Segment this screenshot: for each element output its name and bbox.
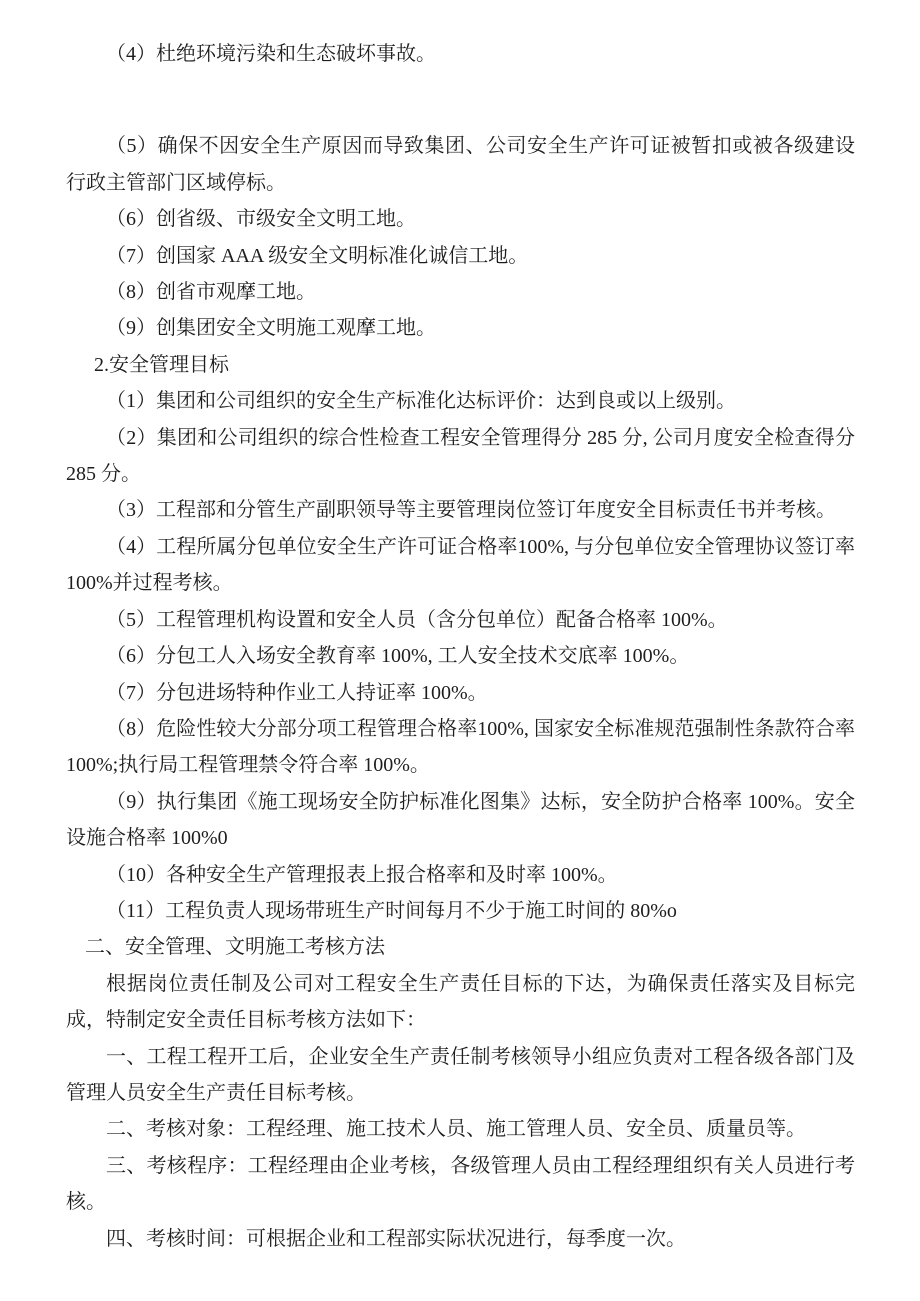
- paragraph: （3）工程部和分管生产副职领导等主要管理岗位签订年度安全目标责任书并考核。: [66, 492, 855, 528]
- paragraph: （1）集团和公司组织的安全生产标准化达标评价：达到良或以上级别。: [66, 383, 855, 419]
- paragraph: 二、安全管理、文明施工考核方法: [66, 929, 855, 965]
- paragraph: （6）分包工人入场安全教育率 100%, 工人安全技术交底率 100%。: [66, 638, 855, 674]
- paragraph: （8）创省市观摩工地。: [66, 274, 855, 310]
- paragraph: 四、考核时间：可根据企业和工程部实际状况进行，每季度一次。: [66, 1221, 855, 1257]
- paragraph: （4）杜绝环境污染和生态破坏事故。: [66, 36, 855, 72]
- paragraph: （6）创省级、市级安全文明工地。: [66, 201, 855, 237]
- document-text-body: （4）杜绝环境污染和生态破坏事故。（5）确保不因安全生产原因而导致集团、公司安全…: [66, 36, 855, 1257]
- paragraph: 2.安全管理目标: [66, 347, 855, 383]
- paragraph: （9）执行集团《施工现场安全防护标准化图集》达标，安全防护合格率 100%。安全…: [66, 784, 855, 857]
- paragraph: 二、考核对象：工程经理、施工技术人员、施工管理人员、安全员、质量员等。: [66, 1111, 855, 1147]
- document-page: （4）杜绝环境污染和生态破坏事故。（5）确保不因安全生产原因而导致集团、公司安全…: [0, 0, 920, 1301]
- paragraph: 根据岗位责任制及公司对工程安全生产责任目标的下达，为确保责任落实及目标完成，特制…: [66, 966, 855, 1039]
- paragraph: （2）集团和公司组织的综合性检查工程安全管理得分 285 分, 公司月度安全检查…: [66, 420, 855, 493]
- paragraph: （11）工程负责人现场带班生产时间每月不少于施工时间的 80%o: [66, 893, 855, 929]
- paragraph: （4）工程所属分包单位安全生产许可证合格率100%, 与分包单位安全管理协议签订…: [66, 529, 855, 602]
- paragraph: （9）创集团安全文明施工观摩工地。: [66, 310, 855, 346]
- paragraph: （5）工程管理机构设置和安全人员（含分包单位）配备合格率 100%。: [66, 602, 855, 638]
- paragraph: （10）各种安全生产管理报表上报合格率和及时率 100%。: [66, 857, 855, 893]
- paragraph: 三、考核程序：工程经理由企业考核，各级管理人员由工程经理组织有关人员进行考核。: [66, 1148, 855, 1221]
- paragraph: （7）创国家 AAA 级安全文明标准化诚信工地。: [66, 238, 855, 274]
- paragraph: （8）危险性较大分部分项工程管理合格率100%, 国家安全标准规范强制性条款符合…: [66, 711, 855, 784]
- paragraph: （7）分包进场特种作业工人持证率 100%。: [66, 675, 855, 711]
- paragraph: 一、工程工程开工后，企业安全生产责任制考核领导小组应负责对工程各级各部门及管理人…: [66, 1039, 855, 1112]
- paragraph: （5）确保不因安全生产原因而导致集团、公司安全生产许可证被暂扣或被各级建设行政主…: [66, 128, 855, 201]
